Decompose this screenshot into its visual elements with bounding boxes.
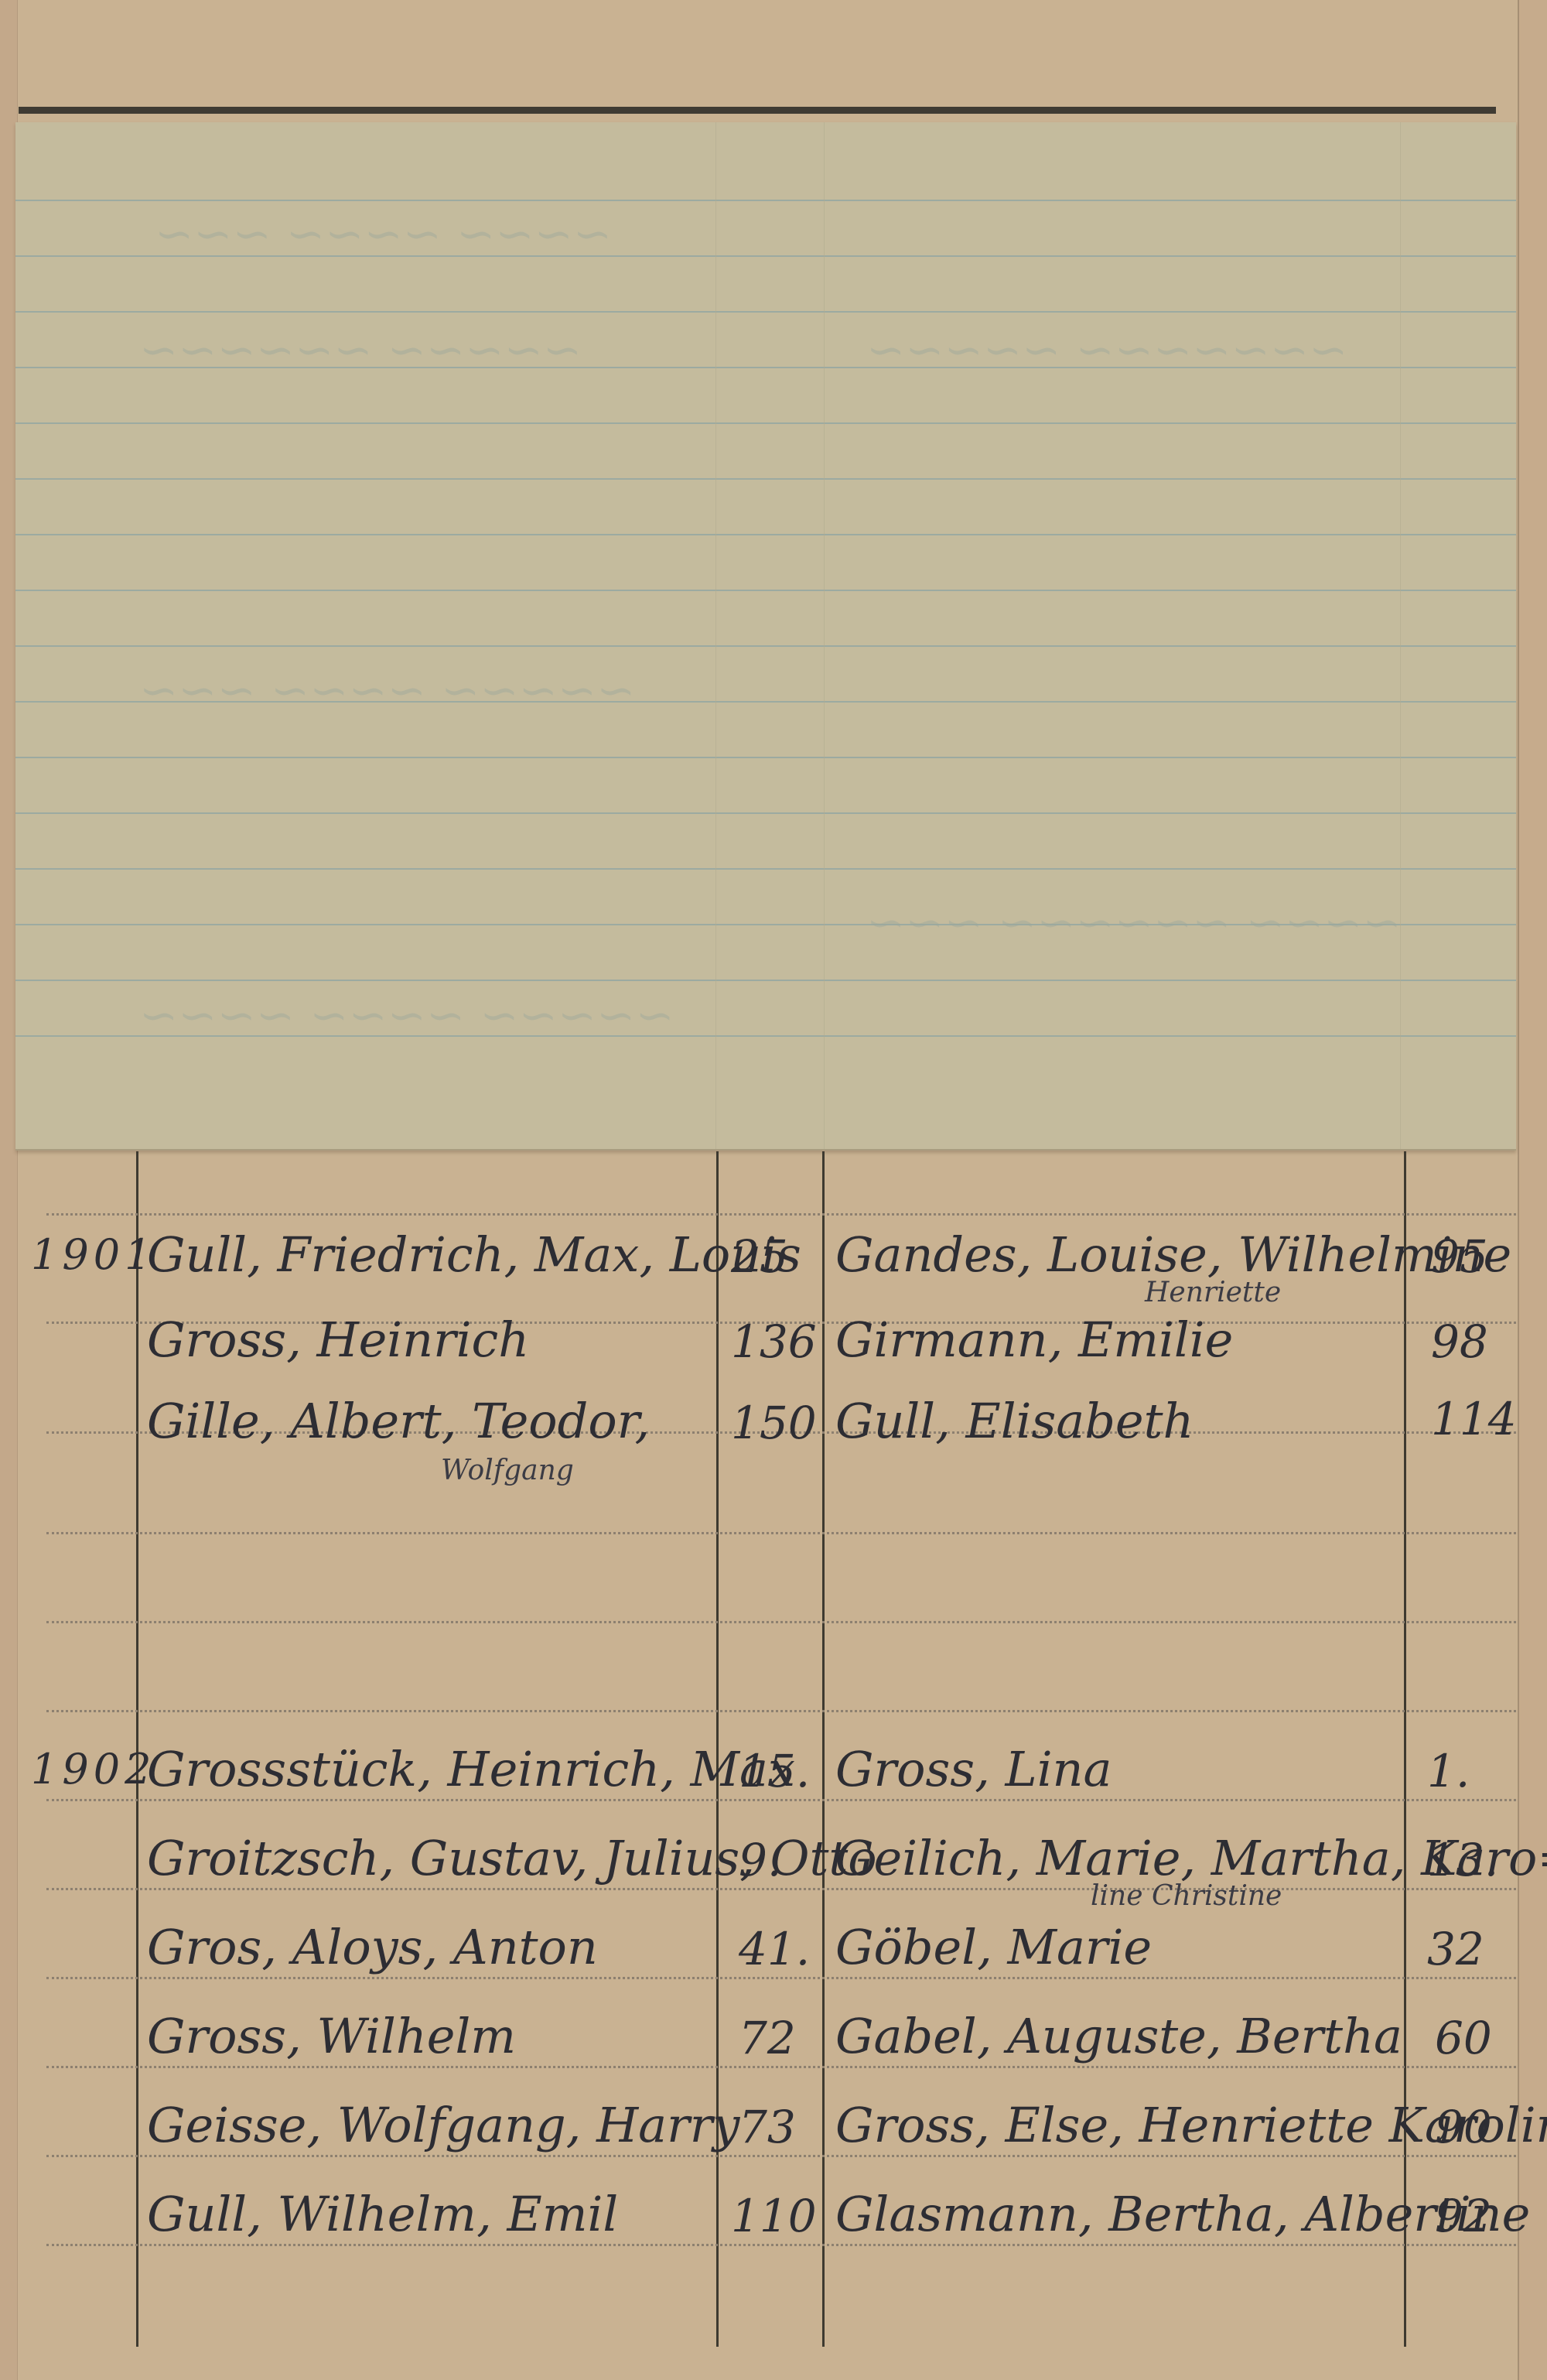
entry-name-continuation: line Christine <box>1091 1880 1282 1912</box>
entry-name: Gull, Elisabeth <box>835 1393 1194 1449</box>
entry-name-continuation: Wolfgang <box>441 1455 574 1486</box>
entry-number: 25 <box>731 1230 788 1283</box>
entry-number: 90 <box>1435 2101 1492 2153</box>
entry-number: 32 <box>1427 1923 1484 1975</box>
entry-name: Gull, Friedrich, Max, Louis <box>147 1226 801 1283</box>
row-dotted-line <box>46 1710 1516 1712</box>
row-dotted-line <box>46 2155 1516 2157</box>
ruled-line <box>15 311 1516 313</box>
entry-name: Gross, Heinrich <box>147 1311 529 1368</box>
bleed-column-line <box>824 122 825 1149</box>
entry-number: 41. <box>739 1923 810 1975</box>
entry-number: 98 <box>1431 1315 1488 1368</box>
header-double-rule <box>19 107 1496 114</box>
page-right-edge <box>1518 0 1547 2380</box>
entry-name: Göbel, Marie <box>835 1919 1152 1975</box>
entry-number: 114 <box>1431 1393 1517 1445</box>
ruled-line <box>15 812 1516 814</box>
column-rule-number-right <box>1404 1151 1406 2347</box>
bleed-column-line <box>715 122 716 1149</box>
entry-name: Gross, Lina <box>835 1741 1112 1797</box>
ruled-line <box>15 200 1516 201</box>
ruled-line <box>15 422 1516 424</box>
entry-name: Gandes, Louise, Wilhelmine <box>835 1226 1511 1283</box>
bleed-through-text: ~~~~ ~~~~ ~~~ <box>155 207 612 262</box>
entry-name: Girmann, Emilie <box>835 1311 1233 1368</box>
row-dotted-line <box>46 1799 1516 1801</box>
column-rule-name-right <box>822 1151 825 2347</box>
ruled-line <box>15 478 1516 480</box>
bleed-column-line <box>1400 122 1401 1149</box>
entry-number: 1. <box>1427 1745 1470 1797</box>
ruled-line <box>15 757 1516 758</box>
entry-number: 72 <box>739 2012 796 2064</box>
entry-name-continuation: Henriette <box>1145 1277 1281 1308</box>
entry-name: Gabel, Auguste, Bertha <box>835 2008 1402 2064</box>
bleed-through-text: ~~~~ ~~~~~~ ~~~ <box>866 896 1402 950</box>
row-dotted-line <box>46 1621 1516 1623</box>
year-label-1901: 1901 <box>31 1230 155 1279</box>
ruled-line <box>15 534 1516 535</box>
entry-name: Geisse, Wolfgang, Harry <box>147 2097 739 2153</box>
row-dotted-line <box>46 2066 1516 2068</box>
entry-number: 15. <box>739 1745 810 1797</box>
row-dotted-line <box>46 2244 1516 2246</box>
entry-name: Grossstück, Heinrich, Max <box>147 1741 795 1797</box>
entry-number: 13. <box>1427 1834 1498 1886</box>
entry-number: 136 <box>731 1315 817 1368</box>
entry-number: 9. <box>739 1834 781 1886</box>
entry-number: 60 <box>1435 2012 1492 2064</box>
entry-name: Gull, Wilhelm, Emil <box>147 2186 618 2242</box>
entry-number: 150 <box>731 1397 817 1449</box>
entry-number: 95 <box>1431 1230 1488 1283</box>
row-dotted-line <box>46 1213 1516 1216</box>
row-dotted-line <box>46 1888 1516 1890</box>
entry-name: Gros, Aloys, Anton <box>147 1919 598 1975</box>
ruled-line <box>15 645 1516 647</box>
pasted-lined-sheet: ~~~~ ~~~~ ~~~ ~~~~~ ~~~~~~ ~~~~~~~ ~~~~~… <box>15 122 1516 1151</box>
entry-name: Glasmann, Bertha, Albertine <box>835 2186 1530 2242</box>
bleed-through-text: ~~~~~ ~~~~~~ <box>139 323 582 378</box>
entry-number: 110 <box>731 2190 817 2242</box>
ruled-line <box>15 868 1516 870</box>
row-dotted-line <box>46 1532 1516 1534</box>
bleed-through-text: ~~~~~ ~~~~ ~~~ <box>139 664 635 718</box>
ruled-line <box>15 980 1516 981</box>
ledger-page: ~~~~ ~~~~ ~~~ ~~~~~ ~~~~~~ ~~~~~~~ ~~~~~… <box>0 0 1547 2380</box>
entry-name: Gille, Albert, Teodor, <box>147 1393 650 1449</box>
entry-name: Gross, Wilhelm <box>147 2008 516 2064</box>
bleed-through-text: ~~~~~~~ ~~~~~ <box>866 323 1347 378</box>
year-label-1902: 1902 <box>31 1745 155 1794</box>
bleed-through-text: ~~~~~ ~~~~ ~~~~ <box>139 989 674 1043</box>
entry-number: 73 <box>739 2101 796 2153</box>
row-dotted-line <box>46 1977 1516 1979</box>
ruled-line <box>15 590 1516 591</box>
entry-number: 92 <box>1435 2190 1492 2242</box>
